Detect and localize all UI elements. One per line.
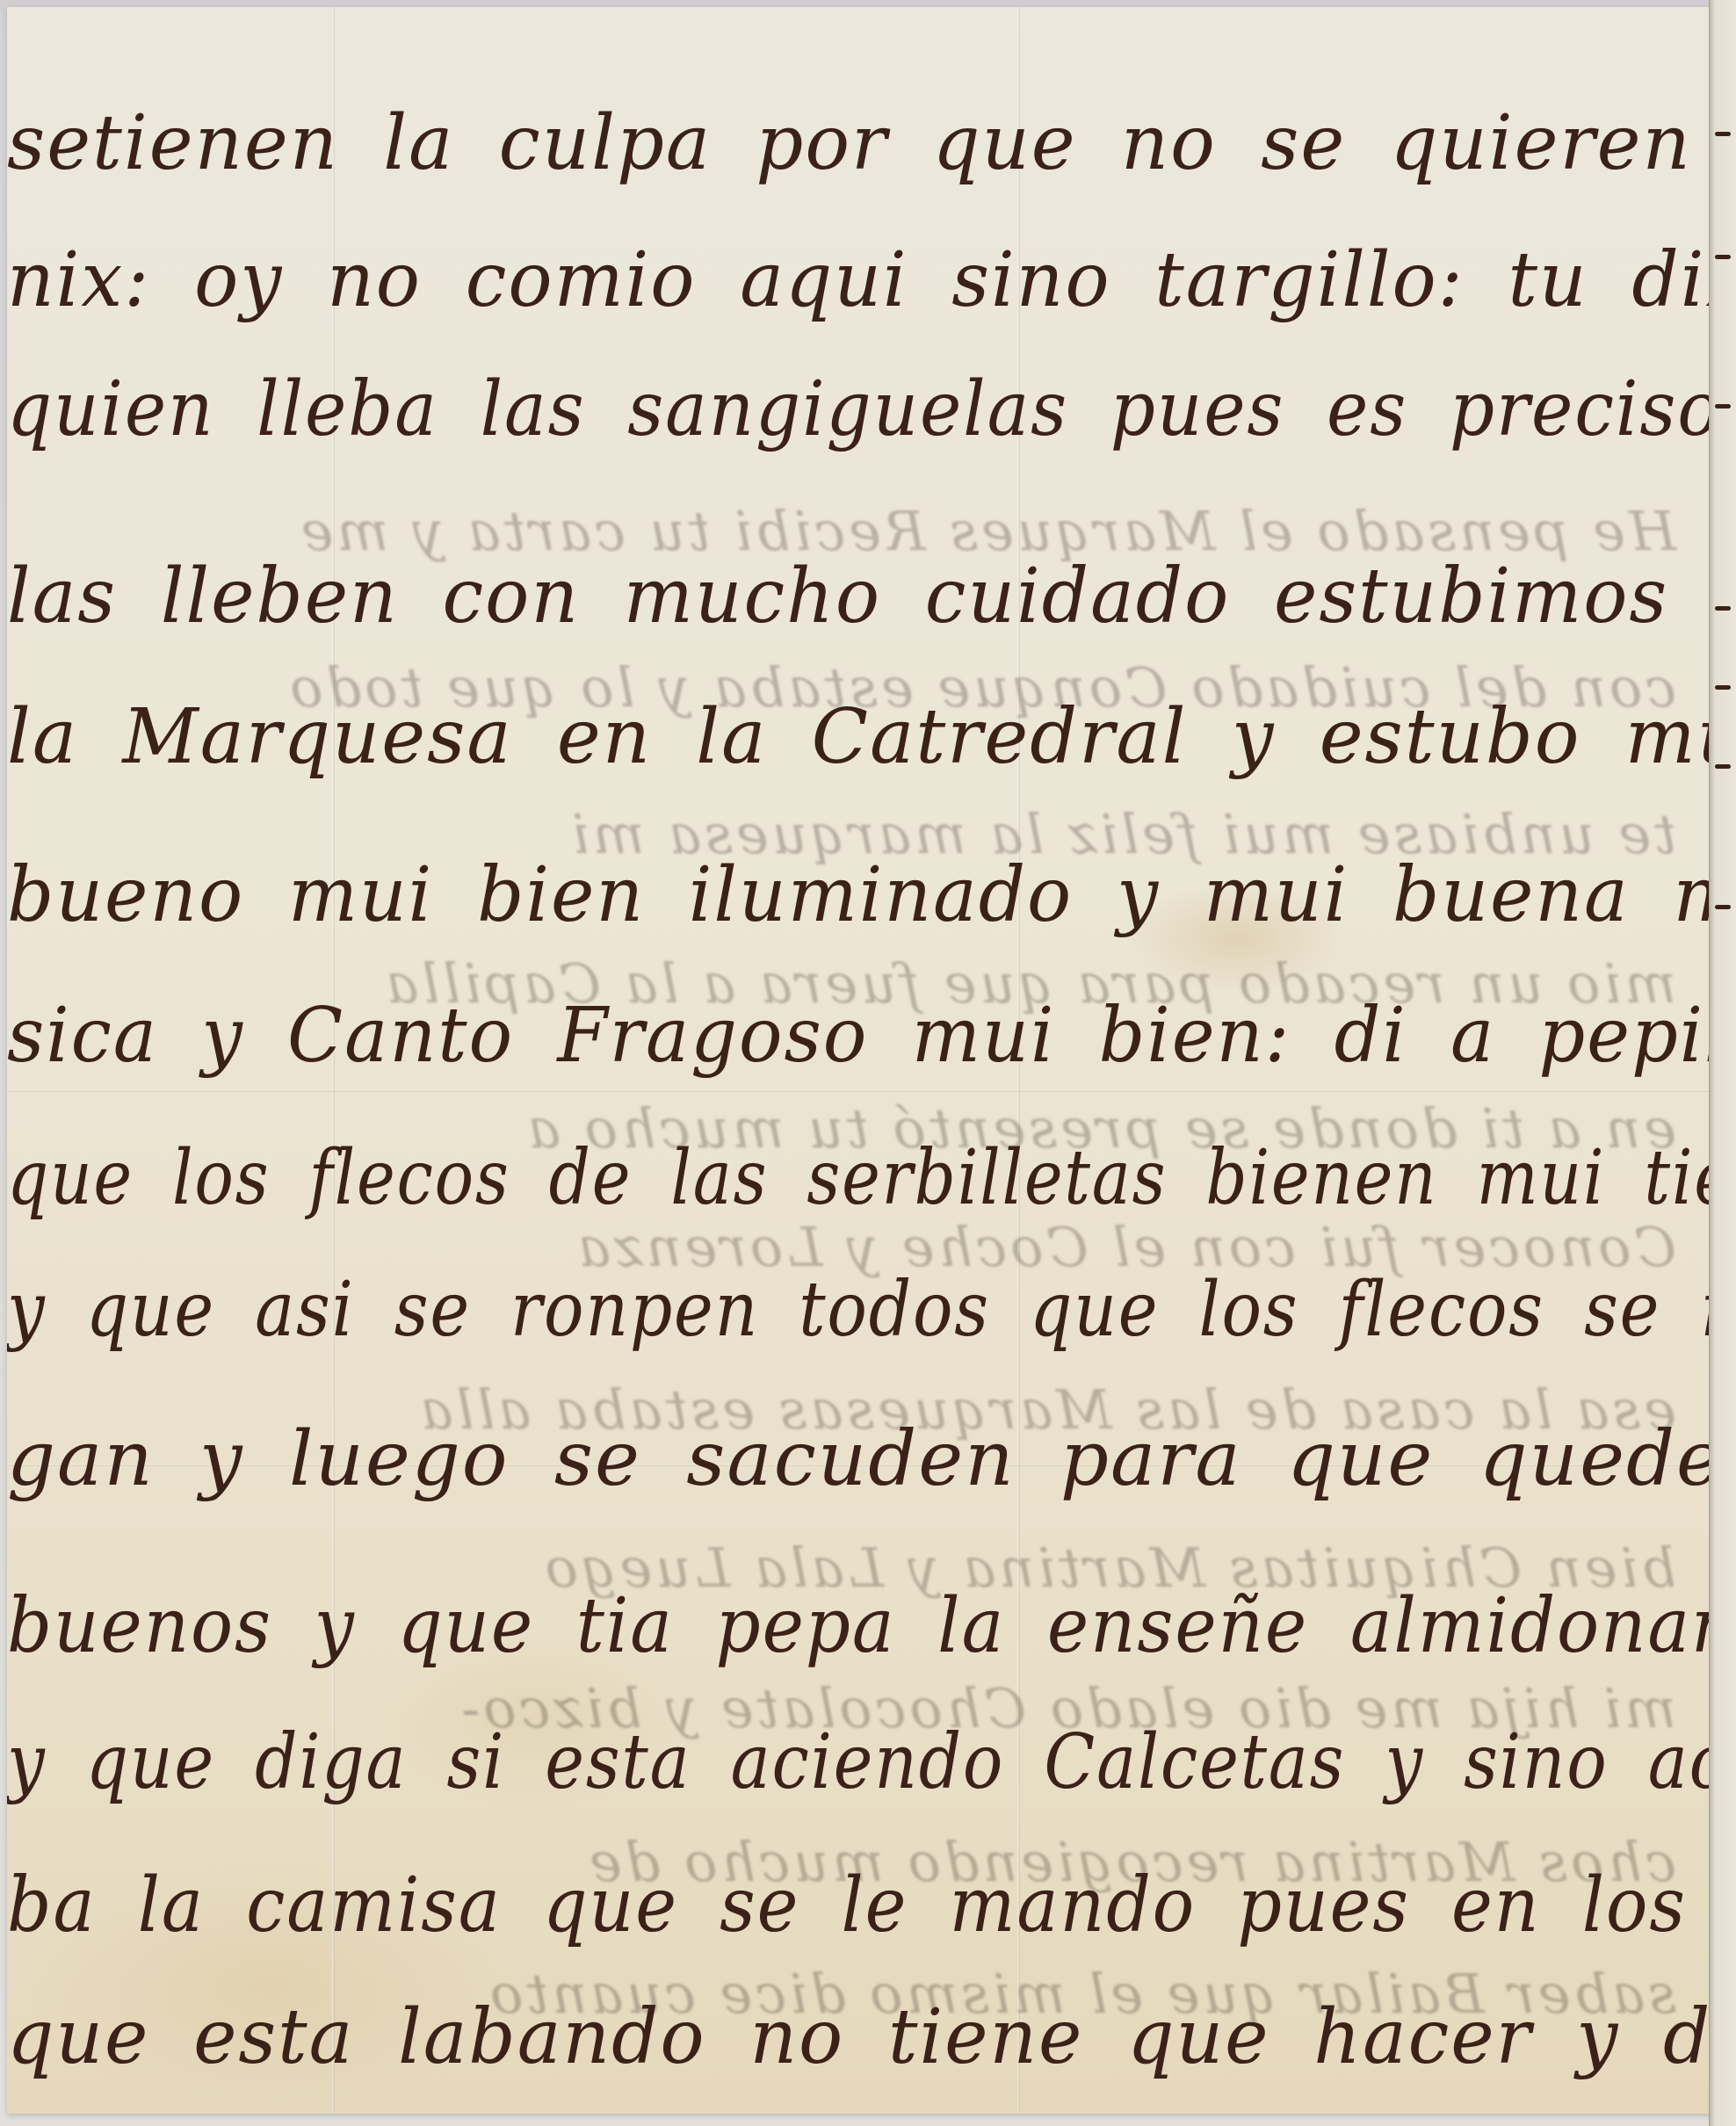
ink-fragment xyxy=(1715,404,1731,409)
manuscript-line-10: gan y luego se sacuden para que queden xyxy=(7,1421,1720,1497)
paper-fold-horizontal xyxy=(7,1089,1720,1092)
ink-fragment xyxy=(1715,132,1731,136)
manuscript-line-11: buenos y que tia pepa la enseñe almidona… xyxy=(7,1588,1720,1664)
manuscript-line-6: bueno mui bien iluminado y mui buena mu- xyxy=(7,857,1720,933)
manuscript-line-1: setienen la culpa por que no se quieren … xyxy=(7,105,1720,181)
manuscript-line-3: quien lleba las sangiguelas pues es prec… xyxy=(7,372,1720,447)
manuscript-line-13: ba la camisa que se le mando pues en los… xyxy=(7,1868,1720,1943)
ink-fragment xyxy=(1715,905,1731,909)
ink-fragment xyxy=(1715,606,1731,611)
manuscript-page: He pensado el Marques Recibi tu carta y … xyxy=(7,7,1720,2114)
manuscript-photo: He pensado el Marques Recibi tu carta y … xyxy=(0,0,1736,2126)
ink-fragment xyxy=(1715,764,1731,769)
manuscript-line-9: y que asi se ronpen todos que los flecos… xyxy=(7,1272,1720,1348)
manuscript-line-7: sica y Canto Fragoso mui bien: di a pepi… xyxy=(7,998,1720,1074)
ink-fragment xyxy=(1715,685,1731,690)
manuscript-line-5: la Marquesa en la Catredral y estubo mui xyxy=(7,699,1720,775)
manuscript-line-8: que los flecos de las serbilletas bienen… xyxy=(7,1140,1720,1216)
manuscript-line-12: y que diga si esta aciendo Calcetas y si… xyxy=(7,1725,1720,1800)
manuscript-line-4: las lleben con mucho cuidado estubimos c… xyxy=(7,559,1720,634)
manuscript-line-14: que esta labando no tiene que hacer y de… xyxy=(7,1999,1720,2075)
adjacent-page-edge xyxy=(1709,0,1736,2126)
ink-fragment xyxy=(1715,255,1731,259)
manuscript-line-2: nix: oy no comio aqui sino targillo: tu … xyxy=(7,242,1720,318)
